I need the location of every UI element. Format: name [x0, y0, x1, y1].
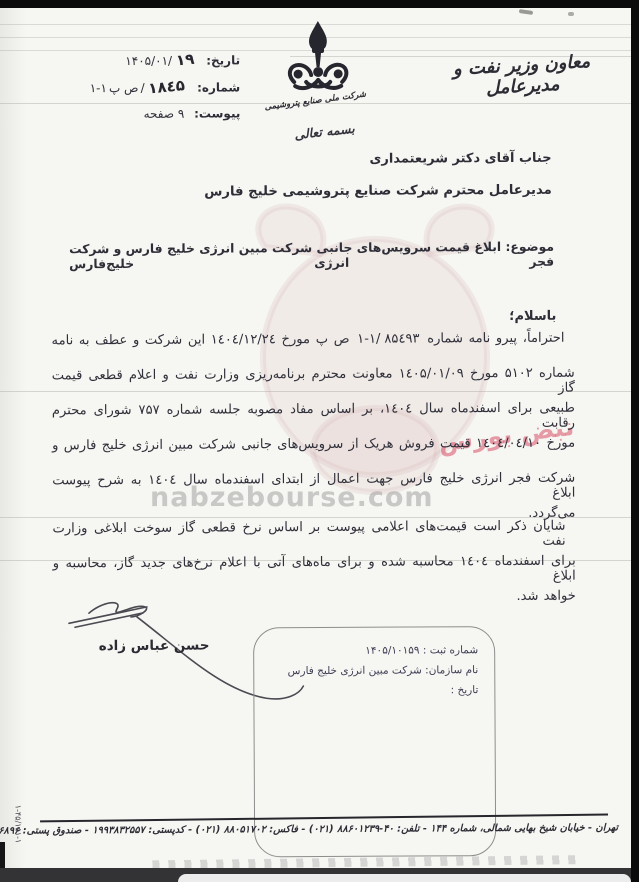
registration-stamp-text: شماره ثبت : ۱۴۰۵/۱۰۱۵۹ نام سازمان: شرکت … — [273, 640, 478, 701]
besmeleh-text: بسمه تعالی — [274, 119, 375, 145]
attachment-label: پیوست: — [194, 106, 240, 120]
letter-meta-block: تاریخ: ۱۴۰۵/۰۱/۱۹ شماره: ص پ۱-۱/۱۸٤۵ پیو… — [28, 48, 240, 130]
body-line: شرکت فجر انرژی خلیج فارس جهت اعمال از اب… — [52, 471, 575, 509]
letter-content: معاون وزیر نفت و مدیرعامل — [0, 0, 633, 862]
recipient-name: جناب آقای دکتر شریعتمداری — [59, 151, 552, 169]
body-line: احتراماً، پیرو نامه شماره ۱-۱/۸۵٤۹۳ ص پ … — [51, 331, 574, 369]
scan-smudge — [568, 12, 574, 16]
body-paragraph-1: احتراماً، پیرو نامه شماره ۱-۱/۸۵٤۹۳ ص پ … — [51, 331, 575, 544]
stamp-org-name: نام سازمان: شرکت مبین انرژی خلیج فارس — [273, 660, 478, 681]
scan-border-top — [0, 0, 639, 8]
date-label: تاریخ: — [206, 53, 240, 67]
salutation-text: باسلام؛ — [59, 309, 556, 327]
body-line: شایان ذکر است قیمت‌های اعلامی پیوست بر ا… — [52, 519, 575, 557]
torch-flame-icon — [282, 20, 354, 96]
scan-border-right — [631, 0, 639, 882]
attachment-value: ۹ صفحه — [144, 107, 185, 121]
form-code-vertical: ۱-۴۵/۱۵۱-۱ — [13, 792, 22, 856]
body-line: طبیعی برای اسفندماه سال ۱٤۰٤، بر اساس مف… — [52, 401, 575, 439]
npc-logo — [264, 20, 372, 101]
scanned-letter-screenshot: نبض بورس nabzebourse.com معاون وزیر نفت … — [0, 0, 639, 882]
number-label: شماره: — [197, 80, 240, 94]
bottom-overlay-panel — [178, 874, 631, 882]
subject-line: موضوع: ابلاغ قیمت سرویس‌های جانبی شرکت م… — [69, 239, 554, 272]
handwritten-day: ۱۹ — [175, 48, 195, 72]
recipient-title: مدیرعامل محترم شرکت صنایع پتروشیمی خلیج … — [59, 183, 552, 201]
footer-address: تهران - خیابان شیخ بهایی شمالی، شماره ۱۴… — [26, 822, 618, 836]
handwritten-number: ۱۸٤۵ — [148, 74, 187, 99]
number-value: ص پ۱-۱/۱۸٤۵ — [88, 76, 188, 100]
date-row: تاریخ: ۱۴۰۵/۰۱/۱۹ — [28, 48, 240, 76]
body-line: مورخ ۱٤۰٤/۰٤/۱۰ قیمت فروش هریک از سرویس‌… — [52, 436, 575, 474]
body-line: برای اسفندماه ۱٤۰٤ محاسبه شده و برای ماه… — [53, 554, 576, 592]
attachment-row: پیوست: ۹ صفحه — [28, 102, 240, 130]
deputy-minister-calligraphy: معاون وزیر نفت و مدیرعامل — [421, 49, 623, 102]
signatory-name: حسن عباس زاده — [89, 638, 219, 655]
stamp-reg-number: شماره ثبت : ۱۴۰۵/۱۰۱۵۹ — [273, 640, 478, 661]
date-value: ۱۴۰۵/۰۱/۱۹ — [123, 49, 196, 72]
number-row: شماره: ص پ۱-۱/۱۸٤۵ — [28, 75, 240, 103]
letter-number-ref: ۱-۱/۸۵٤۹۳ — [355, 331, 421, 346]
stamp-date: تاریخ : — [273, 680, 478, 701]
body-line: شماره ۵۱۰۲ مورخ ۱٤۰۵/۰۱/۰۹ معاونت محترم … — [52, 366, 575, 404]
